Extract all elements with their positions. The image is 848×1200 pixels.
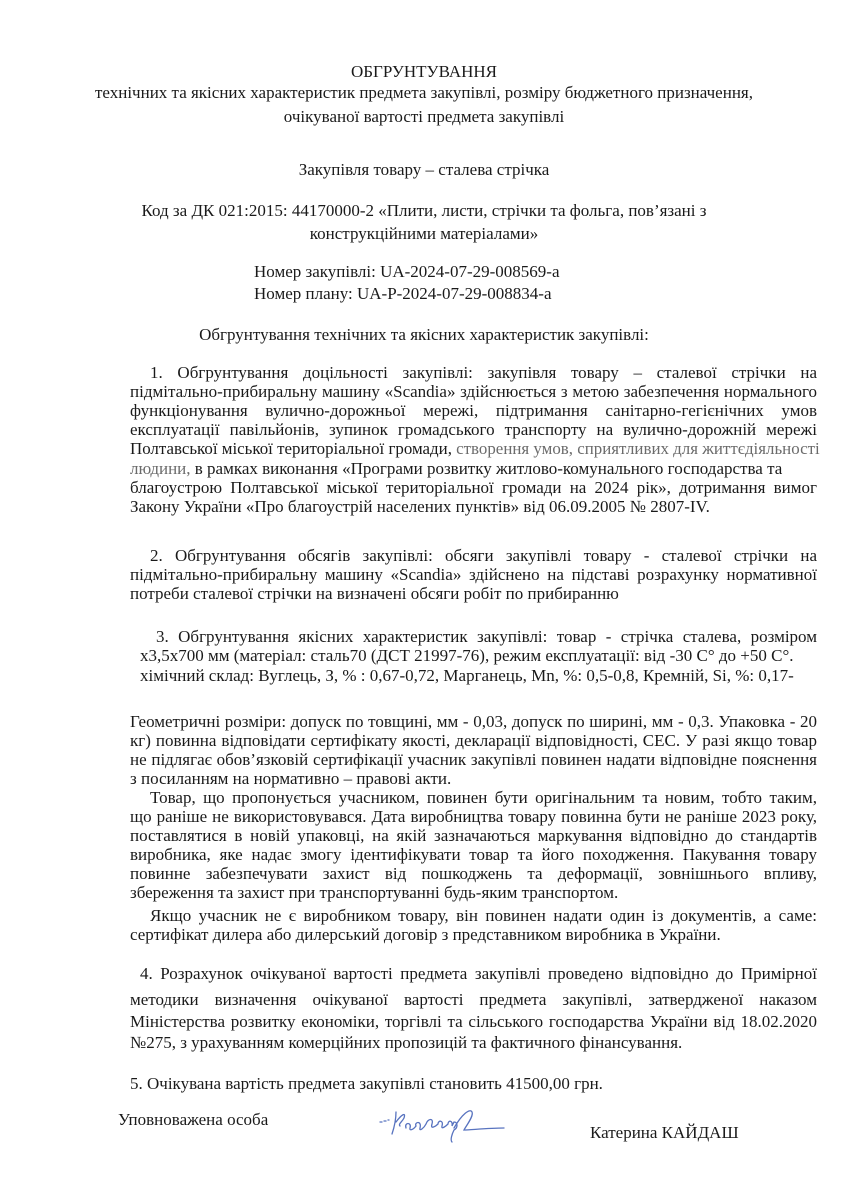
- expected-cost: 5. Очікувана вартість предмета закупівлі…: [130, 1074, 603, 1093]
- section-3-line: виробника, яке надає змогу ідентифікуват…: [130, 845, 817, 864]
- signer-name: Катерина КАЙДАШ: [590, 1123, 739, 1142]
- plan-number: Номер плану: UA-P-2024-07-29-008834-a: [254, 284, 552, 303]
- section-3-line: повинне забезпечувати захист від пошкодж…: [130, 864, 817, 883]
- section-3-line: з посиланням на нормативно – правові акт…: [130, 769, 451, 788]
- section-4-line: №275, з урахуванням комерційних пропозиц…: [130, 1033, 682, 1052]
- dk-code-line2: конструкційними матеріалами»: [0, 224, 848, 243]
- section-3-line: що раніше не використовувався. Дата виро…: [130, 807, 817, 826]
- dk-code-line1: Код за ДК 021:2015: 44170000-2 «Плити, л…: [0, 201, 848, 220]
- section-1-line: підмітально-прибиральну машину «Scandia»…: [130, 382, 817, 401]
- document-subtitle-line2: очікуваної вартості предмета закупівлі: [0, 107, 848, 126]
- section-3-line: хімічний склад: Вуглець, З, % : 0,67-0,7…: [140, 666, 794, 685]
- section-1-text: в рамках виконання «Програми розвитку жи…: [195, 459, 782, 478]
- section-heading: Обгрунтування технічних та якісних харак…: [0, 325, 848, 344]
- signature-icon: [378, 1104, 508, 1151]
- section-3-line: поставлятися в новій упаковці, на якій з…: [130, 826, 817, 845]
- section-4-line: 4. Розрахунок очікуваної вартості предме…: [140, 964, 817, 983]
- section-3-line: Геометричні розміри: допуск по товщині, …: [130, 712, 817, 731]
- section-1-line: Закону України «Про благоустрій населени…: [130, 497, 710, 516]
- section-1-line: 1. Обгрунтування доцільності закупівлі: …: [150, 363, 817, 382]
- section-1-line: благоустрою Полтавської міської територі…: [130, 478, 817, 497]
- document-title: ОБГРУНТУВАННЯ: [0, 62, 848, 81]
- section-1-line: людини, в рамках виконання «Програми роз…: [130, 459, 782, 478]
- section-1-line: експлуатації павільйонів, зупинок громад…: [130, 420, 817, 439]
- procurement-number: Номер закупівлі: UA-2024-07-29-008569-a: [254, 262, 560, 281]
- section-1-text: Полтавської міської територіальної грома…: [130, 439, 456, 458]
- section-1-grey-text: створення умов, сприятливих для життєдія…: [456, 439, 820, 458]
- section-1-line: Полтавської міської територіальної грома…: [130, 439, 820, 458]
- section-4-line: Міністерства розвитку економіки, торгівл…: [130, 1012, 817, 1031]
- section-4-line: методики визначення очікуваної вартості …: [130, 990, 817, 1009]
- authorized-person-label: Уповноважена особа: [118, 1110, 268, 1129]
- section-1-grey-text: людини,: [130, 459, 195, 478]
- section-3-line: сертифікат дилера або дилерський договір…: [130, 925, 721, 944]
- section-3-line: Товар, що пропонується учасником, повине…: [150, 788, 817, 807]
- section-1-line: функціонування вулично-дорожньої мережі,…: [130, 401, 817, 420]
- section-3-line: Якщо учасник не є виробником товару, він…: [150, 906, 817, 925]
- section-3-line: збереження та захист при транспортуванні…: [130, 883, 618, 902]
- section-3-line: не підлягає обов’язковій сертифікації уч…: [130, 750, 817, 769]
- document-subtitle-line1: технічних та якісних характеристик предм…: [0, 83, 848, 102]
- purchase-subject: Закупівля товару – сталева стрічка: [0, 160, 848, 179]
- section-2-line: потреби сталевої стрічки на визначені об…: [130, 584, 619, 603]
- section-3-line: кг) повинна відповідати сертифікату якос…: [130, 731, 817, 750]
- section-2-line: підмітально-прибиральну машину «Scandia»…: [130, 565, 817, 584]
- section-3-line: х3,5х700 мм (матеріал: сталь70 (ДСТ 2199…: [140, 646, 794, 665]
- section-2-line: 2. Обгрунтування обсягів закупівлі: обся…: [150, 546, 817, 565]
- section-3-line: 3. Обгрунтування якісних характеристик з…: [156, 627, 817, 646]
